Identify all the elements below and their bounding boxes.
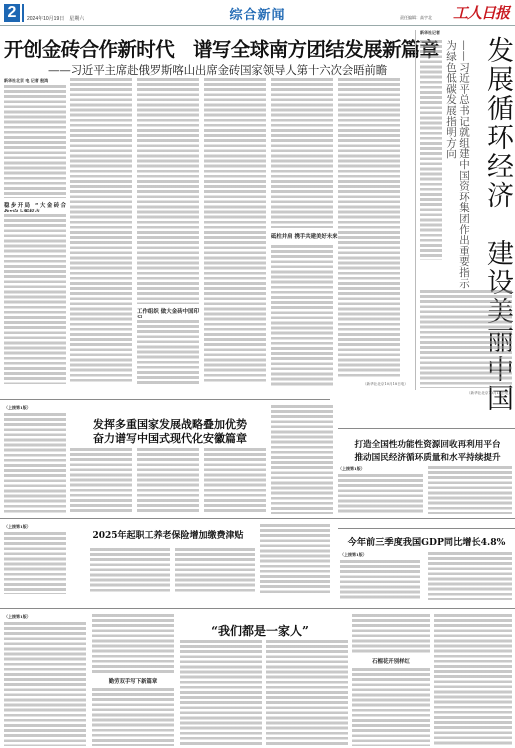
anhui-title-2: 奋力谱写中国式现代化安徽篇章 <box>80 430 260 446</box>
side-column-1 <box>420 40 442 260</box>
column-divider <box>415 30 416 390</box>
family-column-1 <box>4 622 86 746</box>
anhui-column-1 <box>4 413 66 513</box>
lead-column-1: 新华社北京 电 记者 殷鸿 <box>4 78 66 198</box>
lead-headline: 开创金砖合作新时代 谱写全球南方团结发展新篇章 <box>4 34 416 62</box>
family-column-5b <box>352 668 430 746</box>
anhui-byline-box: （上接第1版） <box>4 405 66 413</box>
family-column-3 <box>180 640 262 746</box>
lead-column-5b <box>271 245 333 387</box>
gdp-column-1 <box>340 560 420 600</box>
lead-byline: 新华社北京 电 记者 殷鸿 <box>4 78 66 83</box>
masthead: 2 2024年10月19日 星期六 综合新闻 责任编辑：高宇北 工人日报 <box>0 0 515 26</box>
lead-column-3-head: 工作组织 做大金砖中国印记 <box>137 306 199 318</box>
anhui-byline: （上接第1版） <box>4 405 66 410</box>
side-byline: 新华社记者 <box>420 30 440 35</box>
gdp-column-2 <box>428 552 512 600</box>
lead-dateline-box: （新华社北京10月18日电） <box>338 380 408 388</box>
editor-credit: 责任编辑：高宇北 <box>400 15 432 21</box>
family-column-5 <box>352 614 430 654</box>
newspaper-logo: 工人日报 <box>453 2 509 23</box>
lead-column-6 <box>338 78 400 378</box>
anhui-column-4 <box>204 448 266 514</box>
gdp-byline-box: （上接第1版） <box>340 552 420 560</box>
lead-column-1-head: 稳步开局 “大金砖合作”向上新起点 <box>4 200 66 212</box>
family-byline: （上接第1版） <box>4 614 84 619</box>
lead-subhead: ——习近平主席赴俄罗斯喀山出席金砖国家领导人第十六次会晤前瞻 <box>48 62 387 78</box>
gdp-byline: （上接第1版） <box>340 552 420 557</box>
family-title: “我们都是一家人” <box>180 622 340 639</box>
lead-column-3 <box>137 78 199 304</box>
lead-section-head-3: 砥柱并肩 携手共建美好未来 <box>271 234 341 241</box>
lead-column-5 <box>271 78 333 228</box>
section-rule <box>338 428 515 429</box>
family-column-4 <box>266 640 348 746</box>
pension-column-2 <box>90 548 170 594</box>
side-byline-box: 新华社记者 <box>420 30 440 38</box>
resources-column-1 <box>338 474 423 514</box>
family-head-2-box: 石榴花开别样红 <box>352 656 430 666</box>
section-rule <box>0 518 515 519</box>
section-title: 综合新闻 <box>0 4 515 23</box>
gdp-title: 今年前三季度我国GDP同比增长4.8% <box>338 534 515 548</box>
family-byline-box: （上接第1版） <box>4 614 84 622</box>
lead-column-2 <box>70 78 132 384</box>
pension-column-1 <box>4 532 66 594</box>
section-rule <box>0 608 515 609</box>
side-column-2 <box>420 290 512 388</box>
anhui-column-5 <box>271 405 333 514</box>
lead-dateline: （新华社北京10月18日电） <box>338 382 408 387</box>
pension-column-4 <box>260 524 330 594</box>
family-section-head-2: 石榴花开别样红 <box>352 659 430 666</box>
family-column-2b <box>92 688 174 746</box>
anhui-column-2 <box>70 448 132 514</box>
pension-column-3 <box>175 548 255 594</box>
family-column-6 <box>434 614 512 746</box>
family-section-head-1: 勤劳双手写下新篇章 <box>92 679 174 686</box>
resources-title-1: 打造全国性功能性资源回收再利用平台 <box>340 438 515 450</box>
lead-column-1b <box>4 214 66 384</box>
pension-title: 2025年起职工养老保险增加缴费津贴 <box>70 528 266 541</box>
lead-column-5-head: 砥柱并肩 携手共建美好未来 <box>271 231 341 243</box>
resources-byline-box: （上接第1版） <box>338 466 423 474</box>
resources-title-2: 推动国民经济循环质量和水平持续提升 <box>340 451 515 463</box>
side-feature-subtitle-2: 为绿色低碳发展指明方向 <box>445 40 457 159</box>
lead-column-3b <box>137 320 199 384</box>
family-column-2 <box>92 614 174 674</box>
pension-byline-box: （上接第1版） <box>4 524 66 532</box>
resources-byline: （上接第1版） <box>338 466 423 471</box>
lead-section-head-2: 工作组织 做大金砖中国印记 <box>137 309 199 318</box>
section-rule <box>338 528 515 529</box>
family-head-1-box: 勤劳双手写下新篇章 <box>92 676 174 686</box>
side-feature-subtitle-1: ——习近平总书记就组建中国资环集团作出重要指示 <box>458 40 470 288</box>
pension-byline: （上接第1版） <box>4 524 66 529</box>
side-dateline-box: （新华社北京10月18日电） <box>420 389 512 397</box>
anhui-column-3 <box>137 448 199 514</box>
resources-column-2 <box>428 466 512 514</box>
lead-section-head-1: 稳步开局 “大金砖合作”向上新起点 <box>4 203 66 212</box>
section-rule <box>0 399 330 400</box>
side-dateline: （新华社北京10月18日电） <box>420 391 512 396</box>
lead-column-4 <box>204 78 266 384</box>
